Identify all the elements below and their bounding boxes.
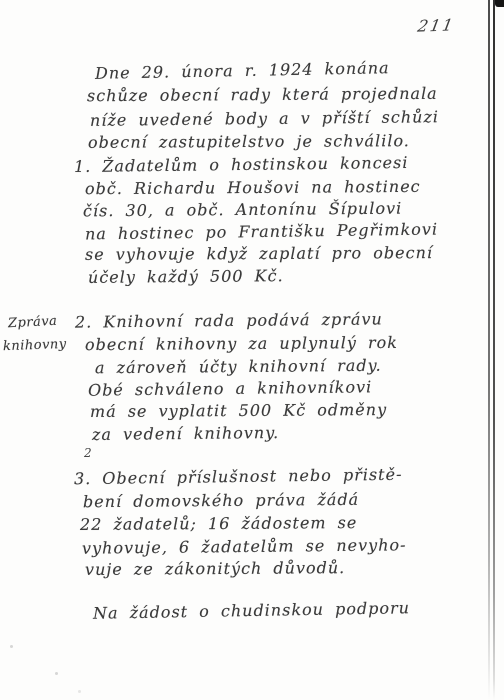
handwritten-line: níže uvedené body a v příští schůzi <box>90 107 439 131</box>
handwritten-line: vyhovuje, 6 žadatelům se nevyho- <box>82 535 407 558</box>
handwritten-line: 3. Obecní příslušnost nebo přistě- <box>74 465 403 490</box>
handwritten-line: za vedení knihovny. <box>92 423 279 445</box>
page-number: 211 <box>416 15 456 35</box>
page-edge-line <box>493 0 495 700</box>
handwritten-line: se vyhovuje když zaplatí pro obecní <box>85 243 433 265</box>
handwritten-line: knihovny <box>3 335 67 357</box>
handwritten-line: Dne 29. února r. 1924 konána <box>95 58 390 84</box>
handwritten-line: obč. Richardu Houšovi na hostinec <box>85 177 421 199</box>
scan-corner-artifact <box>495 0 504 7</box>
handwritten-line: má se vyplatit 500 Kč odměny <box>90 400 387 422</box>
footnote-mark: 2 <box>84 446 92 460</box>
scan-speck <box>10 645 13 648</box>
scan-speck <box>78 690 81 693</box>
scan-speck <box>55 672 58 675</box>
handwritten-line: Obé schváleno a knihovníkovi <box>88 377 372 400</box>
handwritten-line: vuje ze zákonitých důvodů. <box>85 558 345 580</box>
handwritten-line: obecní knihovny za uplynulý rok <box>85 333 398 355</box>
handwritten-line: 22 žadatelů; 16 žádostem se <box>80 513 357 535</box>
scanned-manuscript-page: 211 Dne 29. února r. 1924 konána schůze … <box>0 0 504 700</box>
handwritten-line: účely každý 500 Kč. <box>88 266 284 288</box>
handwritten-line: obecní zastupitelstvo je schválilo. <box>88 131 410 153</box>
handwritten-line: schůze obecní rady která projednala <box>87 84 438 106</box>
page-edge-line <box>488 0 490 700</box>
handwritten-line: a zároveň účty knihovní rady. <box>95 356 382 379</box>
handwritten-line: Zpráva <box>8 312 58 335</box>
handwritten-line: 1. Žadatelům o hostinskou koncesi <box>74 153 409 177</box>
handwritten-line: na hostinec po Františku Pegřimkovi <box>85 220 438 245</box>
handwritten-line: bení domovského práva žádá <box>83 490 359 512</box>
handwritten-line: čís. 30, a obč. Antonínu Šípulovi <box>83 199 402 222</box>
handwritten-line: 2. Knihovní rada podává zprávu <box>75 309 383 332</box>
handwritten-line: Na žádost o chudinskou podporu <box>93 598 410 624</box>
